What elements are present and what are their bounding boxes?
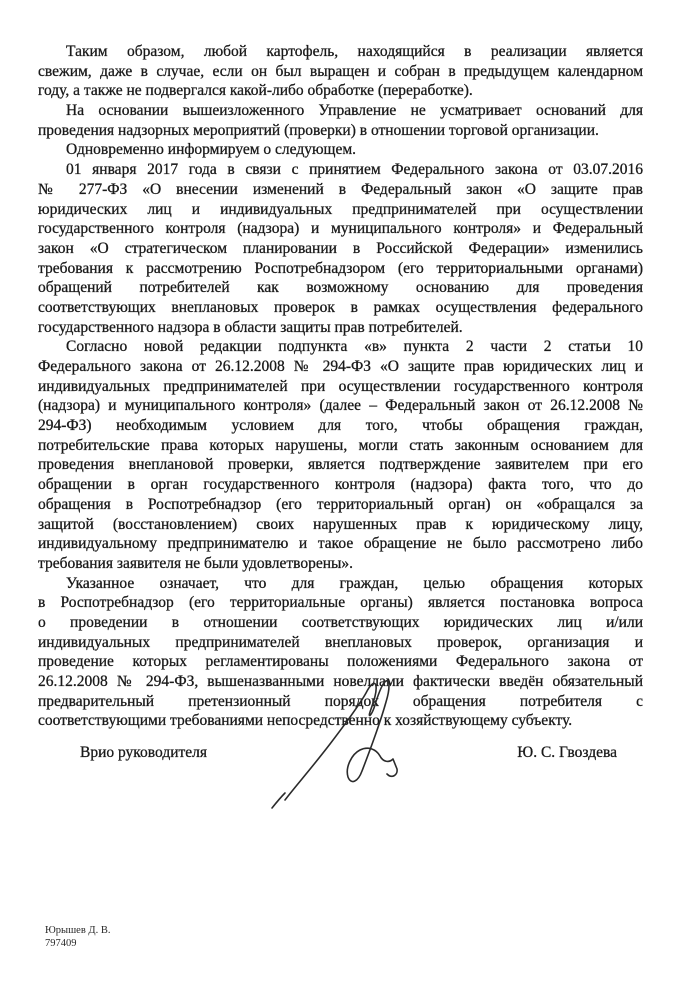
text-line: свежим, даже в случае, если он был выращ… xyxy=(38,62,643,82)
text-line: требования к рассмотрению Роспотребнадзо… xyxy=(38,259,643,279)
text-line: потребительские права которых нарушены, … xyxy=(38,436,643,456)
paragraph-4: 01 января 2017 года в связи с принятием … xyxy=(38,160,643,337)
signature-row: Врио руководителя Ю. С. Гвоздева xyxy=(38,743,643,763)
text-line: № 277-ФЗ «О внесении изменений в Федерал… xyxy=(38,180,643,200)
executor-phone: 797409 xyxy=(45,937,110,950)
text-line: юридических лиц и индивидуальных предпри… xyxy=(38,200,643,220)
text-line: (надзора) и муниципального контроля» (да… xyxy=(38,396,643,416)
text-line: обращений потребителей как возможному ос… xyxy=(38,278,643,298)
text-line: в Роспотребнадзор (его территориальные о… xyxy=(38,593,643,613)
paragraph-3: Одновременно информируем о следующем. xyxy=(38,140,643,160)
text-line: индивидуальных предпринимателей при осущ… xyxy=(38,377,643,397)
text-line: требования заявителя не были удовлетворе… xyxy=(38,554,643,574)
text-line: Федерального закона от 26.12.2008 № 294-… xyxy=(38,357,643,377)
paragraph-2: На основании вышеизложенного Управление … xyxy=(38,101,643,140)
paragraph-1: Таким образом, любой картофель, находящи… xyxy=(38,42,643,101)
text-line: индивидуальному предпринимателю и такое … xyxy=(38,534,643,554)
signer-position-label: Врио руководителя xyxy=(80,743,207,763)
text-line: о проведении в отношении соответствующих… xyxy=(38,613,643,633)
text-line: 294-ФЗ) необходимым условием для того, ч… xyxy=(38,416,643,436)
text-line: государственного контроля (надзора) и му… xyxy=(38,219,643,239)
text-line: проведение которых регламентированы поло… xyxy=(38,652,643,672)
text-line: обращении в орган государственного контр… xyxy=(38,475,643,495)
executor-footer: Юрышев Д. В. 797409 xyxy=(45,924,110,950)
paragraph-5: Согласно новой редакции подпункта «в» пу… xyxy=(38,337,643,573)
letter-body: Таким образом, любой картофель, находящи… xyxy=(38,42,643,731)
text-line: защитой (восстановлением) своих нарушенн… xyxy=(38,515,643,535)
signer-name: Ю. С. Гвоздева xyxy=(517,743,617,763)
text-line: году, а также не подвергался какой-либо … xyxy=(38,81,643,101)
text-line: Одновременно информируем о следующем. xyxy=(38,140,643,160)
text-line: государственного надзора в области защит… xyxy=(38,318,643,338)
text-line: 01 января 2017 года в связи с принятием … xyxy=(38,160,643,180)
text-line: Таким образом, любой картофель, находящи… xyxy=(38,42,643,62)
scanned-letter-page: Таким образом, любой картофель, находящи… xyxy=(0,0,700,990)
text-line: проведения надзорных мероприятий (провер… xyxy=(38,121,643,141)
text-line: обращения в Роспотребнадзор (его террито… xyxy=(38,495,643,515)
text-line: Указанное означает, что для граждан, цел… xyxy=(38,574,643,594)
handwritten-signature-scribble xyxy=(262,672,412,812)
text-line: закон «О стратегическом планировании в Р… xyxy=(38,239,643,259)
text-line: соответствующих внеплановых проверок в р… xyxy=(38,298,643,318)
executor-name: Юрышев Д. В. xyxy=(45,924,110,937)
text-line: проведения внеплановой проверки, являетс… xyxy=(38,455,643,475)
text-line: На основании вышеизложенного Управление … xyxy=(38,101,643,121)
text-line: Согласно новой редакции подпункта «в» пу… xyxy=(38,337,643,357)
text-line: индивидуальных предпринимателей внеплано… xyxy=(38,633,643,653)
